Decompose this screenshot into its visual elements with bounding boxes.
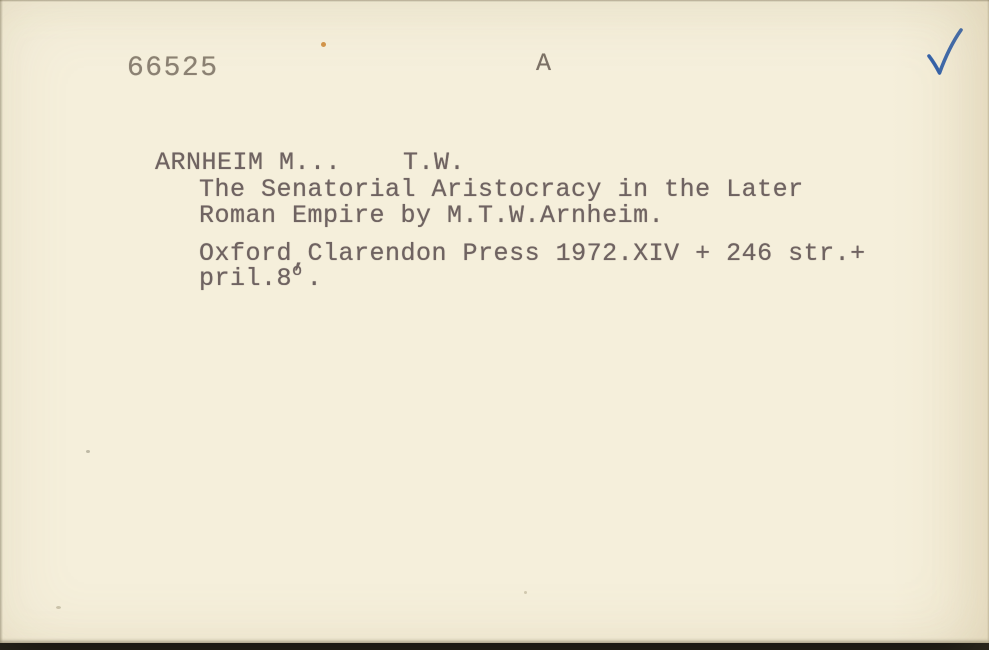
title-line-1: The Senatorial Aristocracy in the Later <box>199 177 804 203</box>
collation-superscript: o <box>292 259 303 285</box>
paper-speck <box>321 42 326 47</box>
scan-edge-left <box>0 0 3 650</box>
heading-letter: A <box>536 49 551 78</box>
collation-line: pril.8o. <box>199 266 322 295</box>
scan-edge-top <box>0 0 989 2</box>
paper-speck <box>86 450 90 453</box>
author-line: ARNHEIM M... T.W. <box>155 150 465 176</box>
paper-speck <box>524 591 527 594</box>
scan-vignette <box>0 0 989 650</box>
collation-base: pril.8 <box>199 264 292 293</box>
accession-number: 66525 <box>127 53 219 84</box>
scan-edge-bottom <box>0 643 989 650</box>
paper-speck <box>56 606 61 609</box>
title-line-2: Roman Empire by M.T.W.Arnheim. <box>199 203 664 229</box>
checkmark-icon <box>919 23 969 81</box>
catalog-card-scan: 66525 A ARNHEIM M... T.W. The Senatorial… <box>0 0 989 650</box>
imprint-rest: Clarendon Press 1972.XIV + 246 str.+ <box>308 239 866 268</box>
collation-tail: . <box>307 266 323 292</box>
